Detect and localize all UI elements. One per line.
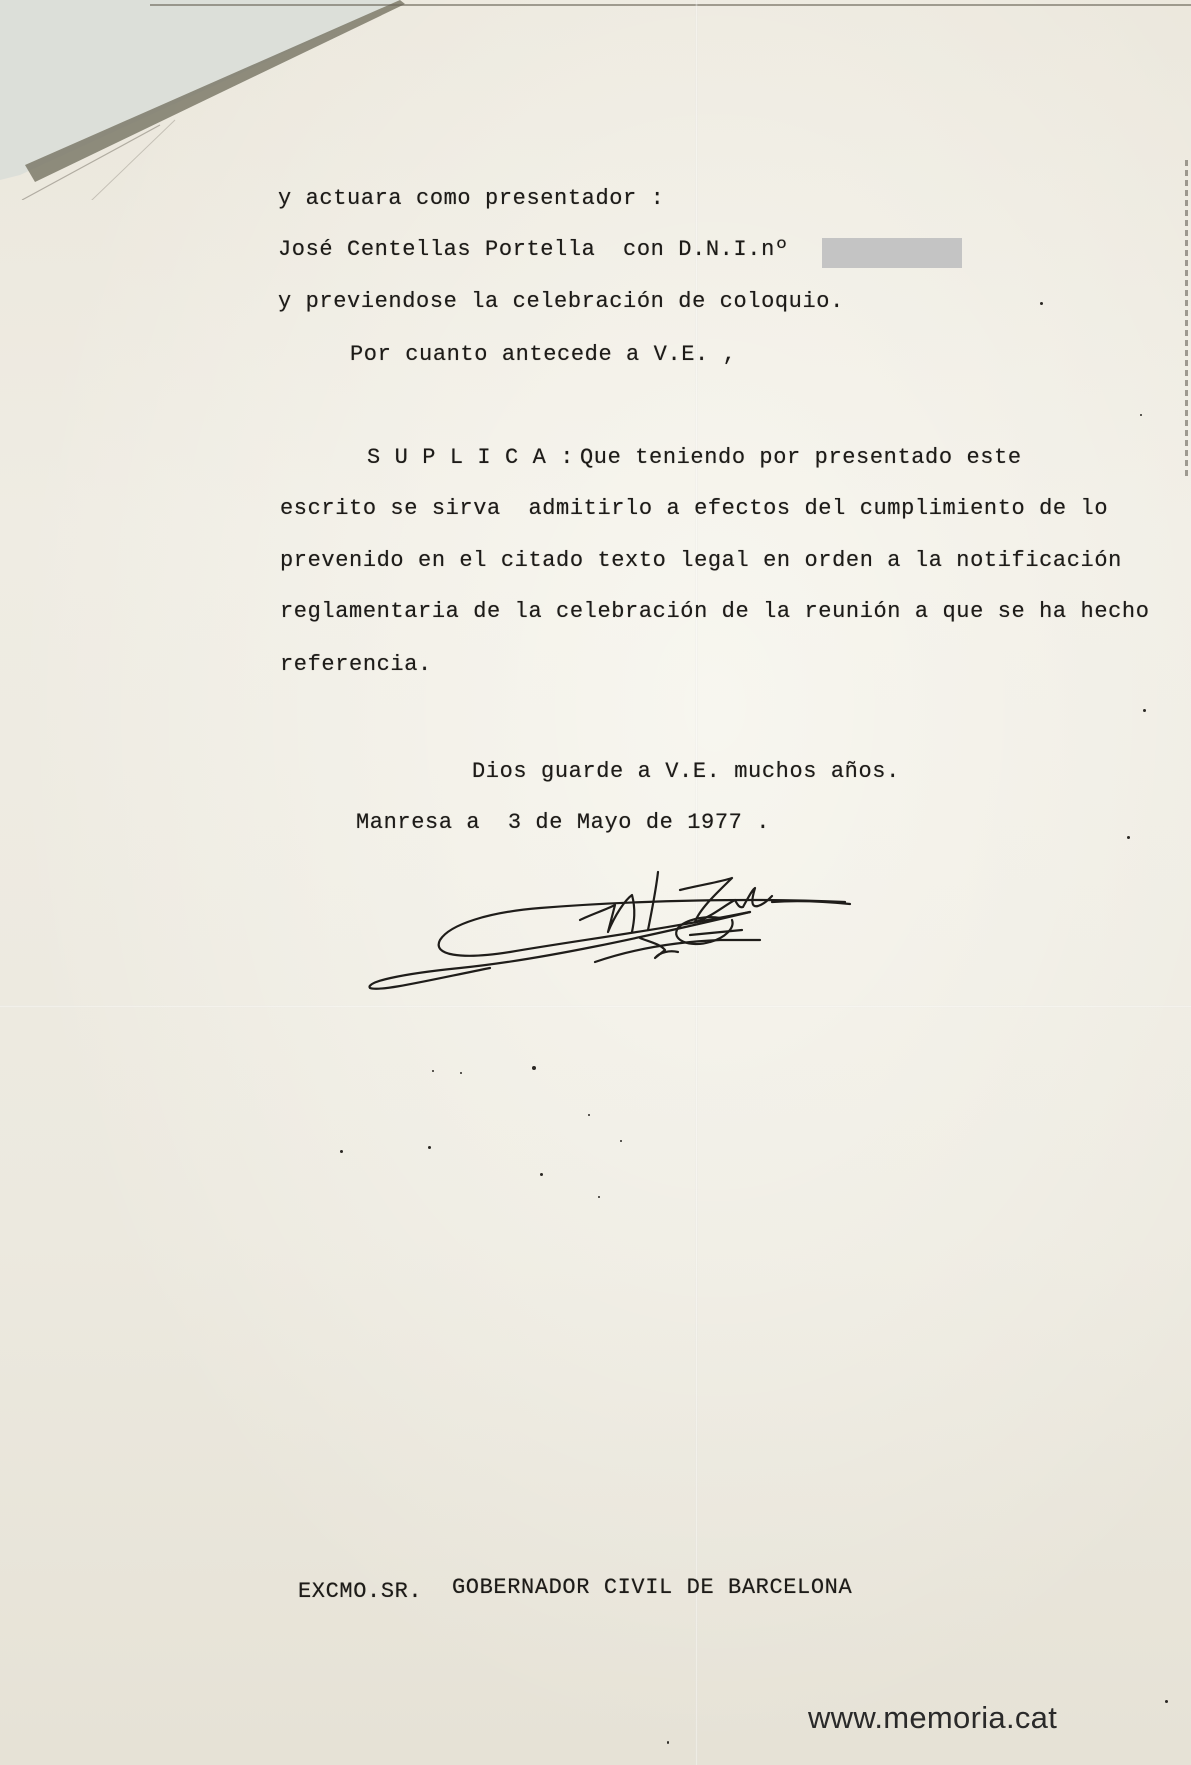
presenter-name-line: José Centellas Portella con D.N.I.nº — [278, 237, 789, 263]
suplica-line-3: prevenido en el citado texto legal en or… — [280, 548, 1122, 574]
closing-line: Dios guarde a V.E. muchos años. — [472, 759, 900, 785]
speck — [340, 1150, 343, 1153]
speck — [532, 1066, 536, 1070]
speck — [432, 1070, 434, 1072]
speck — [460, 1072, 462, 1074]
speck — [1143, 709, 1146, 712]
underlying-sheet-corner — [0, 0, 420, 200]
por-cuanto-line: Por cuanto antecede a V.E. , — [350, 342, 736, 368]
speck — [428, 1146, 431, 1149]
speck — [1127, 836, 1130, 839]
colloquium-line: y previendose la celebración de coloquio… — [278, 289, 844, 315]
addressee-name: GOBERNADOR CIVIL DE BARCELONA — [452, 1575, 852, 1601]
suplica-line-5: referencia. — [280, 652, 432, 678]
addressee-title: EXCMO.SR. — [298, 1579, 422, 1605]
place-date-line: Manresa a 3 de Mayo de 1977 . — [356, 810, 770, 836]
speck — [598, 1196, 600, 1198]
presenter-intro-line: y actuara como presentador : — [278, 186, 664, 212]
suplica-line-1: Que teniendo por presentado este — [580, 445, 1022, 471]
suplica-line-2: escrito se sirva admitirlo a efectos del… — [280, 496, 1108, 522]
page-right-edge — [1185, 160, 1188, 480]
speck — [1040, 302, 1043, 305]
handwritten-signature — [340, 860, 980, 1000]
speck — [1140, 414, 1142, 416]
speck — [540, 1173, 543, 1176]
suplica-label: S U P L I C A : — [367, 445, 574, 471]
speck — [1165, 1700, 1168, 1703]
speck — [620, 1140, 622, 1142]
watermark-url: www.memoria.cat — [808, 1700, 1057, 1736]
page-top-edge — [150, 4, 1191, 6]
speck — [588, 1114, 590, 1116]
suplica-line-4: reglamentaria de la celebración de la re… — [280, 599, 1150, 625]
horizontal-fold-crease — [0, 1005, 1191, 1008]
dni-redaction-box — [822, 238, 962, 268]
speck — [667, 1741, 669, 1744]
